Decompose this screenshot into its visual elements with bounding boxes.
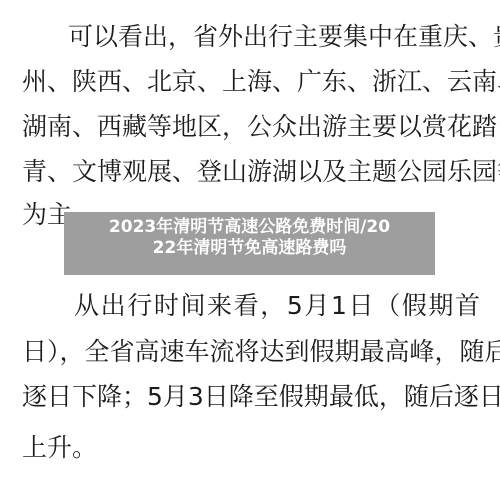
title-overlay-banner: 2023年清明节高速公路免费时间/20 22年清明节免高速路费吗 bbox=[64, 212, 435, 275]
paragraph-1-line-3: 湖南、西藏等地区，公众出游主要以赏花踏 bbox=[22, 112, 480, 142]
title-overlay-line-1: 2023年清明节高速公路免费时间/20 bbox=[64, 217, 435, 238]
paragraph-1-line-1: 可以看出，省外出行主要集中在重庆、贵 bbox=[68, 22, 480, 52]
paragraph-2-line-4: 上升。 bbox=[22, 433, 480, 463]
title-overlay-line-2: 22年清明节免高速路费吗 bbox=[64, 238, 435, 259]
paragraph-2-line-2: 日），全省高速车流将达到假期最高峰，随后 bbox=[22, 337, 480, 367]
paragraph-2-line-3: 逐日下降；5月3日降至假期最低，随后逐日 bbox=[22, 382, 480, 412]
paragraph-1-line-2: 州、陕西、北京、上海、广东、浙江、云南、 bbox=[22, 67, 480, 97]
paragraph-2-line-1: 从出行时间来看，5月1日（假期首 bbox=[74, 291, 480, 321]
paragraph-1-line-4: 青、文博观展、登山游湖以及主题公园乐园等 bbox=[22, 157, 480, 187]
